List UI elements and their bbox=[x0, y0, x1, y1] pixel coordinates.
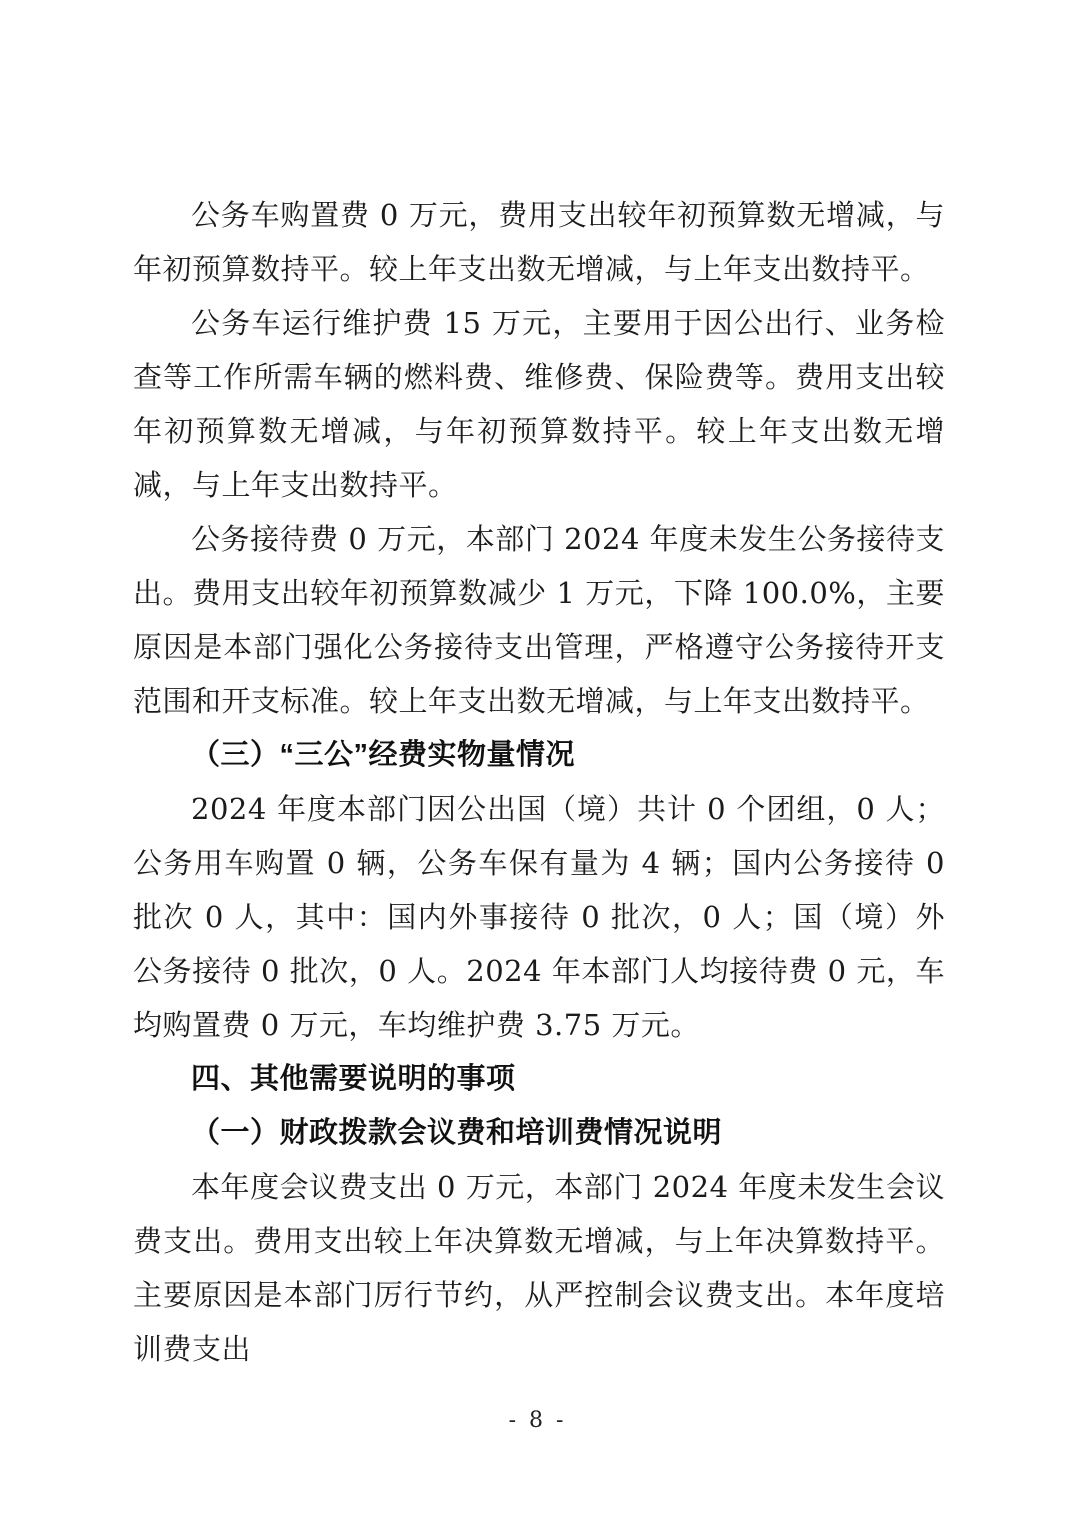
document-page: 公务车购置费 0 万元，费用支出较年初预算数无增减，与年初预算数持平。较上年支出… bbox=[0, 0, 1075, 1520]
paragraph-meeting-fee-detail: 本年度会议费支出 0 万元，本部门 2024 年度未发生会议费支出。费用支出较上… bbox=[133, 1160, 945, 1376]
paragraph-official-car-maintenance: 公务车运行维护费 15 万元，主要用于因公出行、业务检查等工作所需车辆的燃料费、… bbox=[133, 296, 945, 512]
section-heading-meeting-training-fees: （一）财政拨款会议费和培训费情况说明 bbox=[133, 1106, 945, 1160]
section-heading-three-public-physical-quantity: （三）“三公”经费实物量情况 bbox=[133, 728, 945, 782]
paragraph-official-reception: 公务接待费 0 万元，本部门 2024 年度未发生公务接待支出。费用支出较年初预… bbox=[133, 512, 945, 728]
page-content: 公务车购置费 0 万元，费用支出较年初预算数无增减，与年初预算数持平。较上年支出… bbox=[133, 188, 945, 1376]
page-number: - 8 - bbox=[0, 1408, 1075, 1433]
paragraph-physical-quantity-detail: 2024 年度本部门因公出国（境）共计 0 个团组，0 人；公务用车购置 0 辆… bbox=[133, 782, 945, 1052]
paragraph-official-car-purchase: 公务车购置费 0 万元，费用支出较年初预算数无增减，与年初预算数持平。较上年支出… bbox=[133, 188, 945, 296]
section-heading-other-matters: 四、其他需要说明的事项 bbox=[133, 1052, 945, 1106]
